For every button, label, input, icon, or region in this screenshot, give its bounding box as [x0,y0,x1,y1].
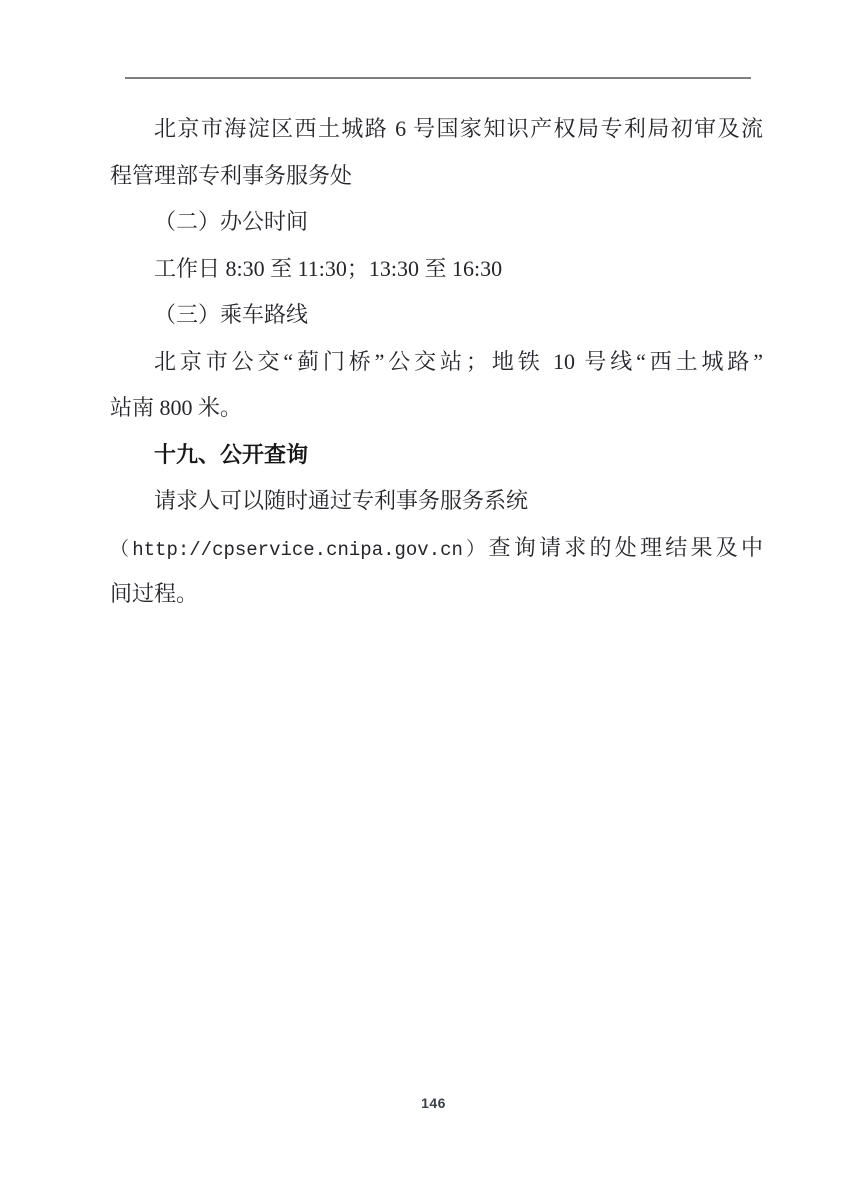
paragraph-line-transit-1: 北京市公交“蓟门桥”公交站；地铁 10 号线“西土城路” [110,339,763,386]
document-page: 北京市海淀区西土城路 6 号国家知识产权局专利局初审及流 程管理部专利事务服务处… [0,0,849,1200]
paragraph-line-transit-label: （三）乘车路线 [110,292,763,339]
page-number: 146 [421,1095,446,1111]
paragraph-line-inquiry-1: 请求人可以随时通过专利事务服务系统 [110,478,763,525]
paragraph-line-inquiry-3: 间过程。 [110,571,763,618]
paragraph-line-office-hours-label: （二）办公时间 [110,199,763,246]
paragraph-line-address-1: 北京市海淀区西土城路 6 号国家知识产权局专利局初审及流 [110,106,763,153]
url-text: （http://cpservice.cnipa.gov.cn） [110,539,488,561]
page-footer: 146 [9,1095,849,1113]
page-content: 北京市海淀区西土城路 6 号国家知识产权局专利局初审及流 程管理部专利事务服务处… [110,106,763,618]
paragraph-line-inquiry-2-rest: 查询请求的处理结果及中 [488,535,763,560]
paragraph-line-office-hours-value: 工作日 8:30 至 11:30；13:30 至 16:30 [110,246,763,293]
paragraph-line-inquiry-2: （http://cpservice.cnipa.gov.cn）查询请求的处理结果… [110,525,763,572]
section-heading-public-inquiry: 十九、公开查询 [110,432,763,479]
header-divider-line [125,77,751,79]
paragraph-line-transit-2: 站南 800 米。 [110,385,763,432]
paragraph-line-address-2: 程管理部专利事务服务处 [110,153,763,200]
